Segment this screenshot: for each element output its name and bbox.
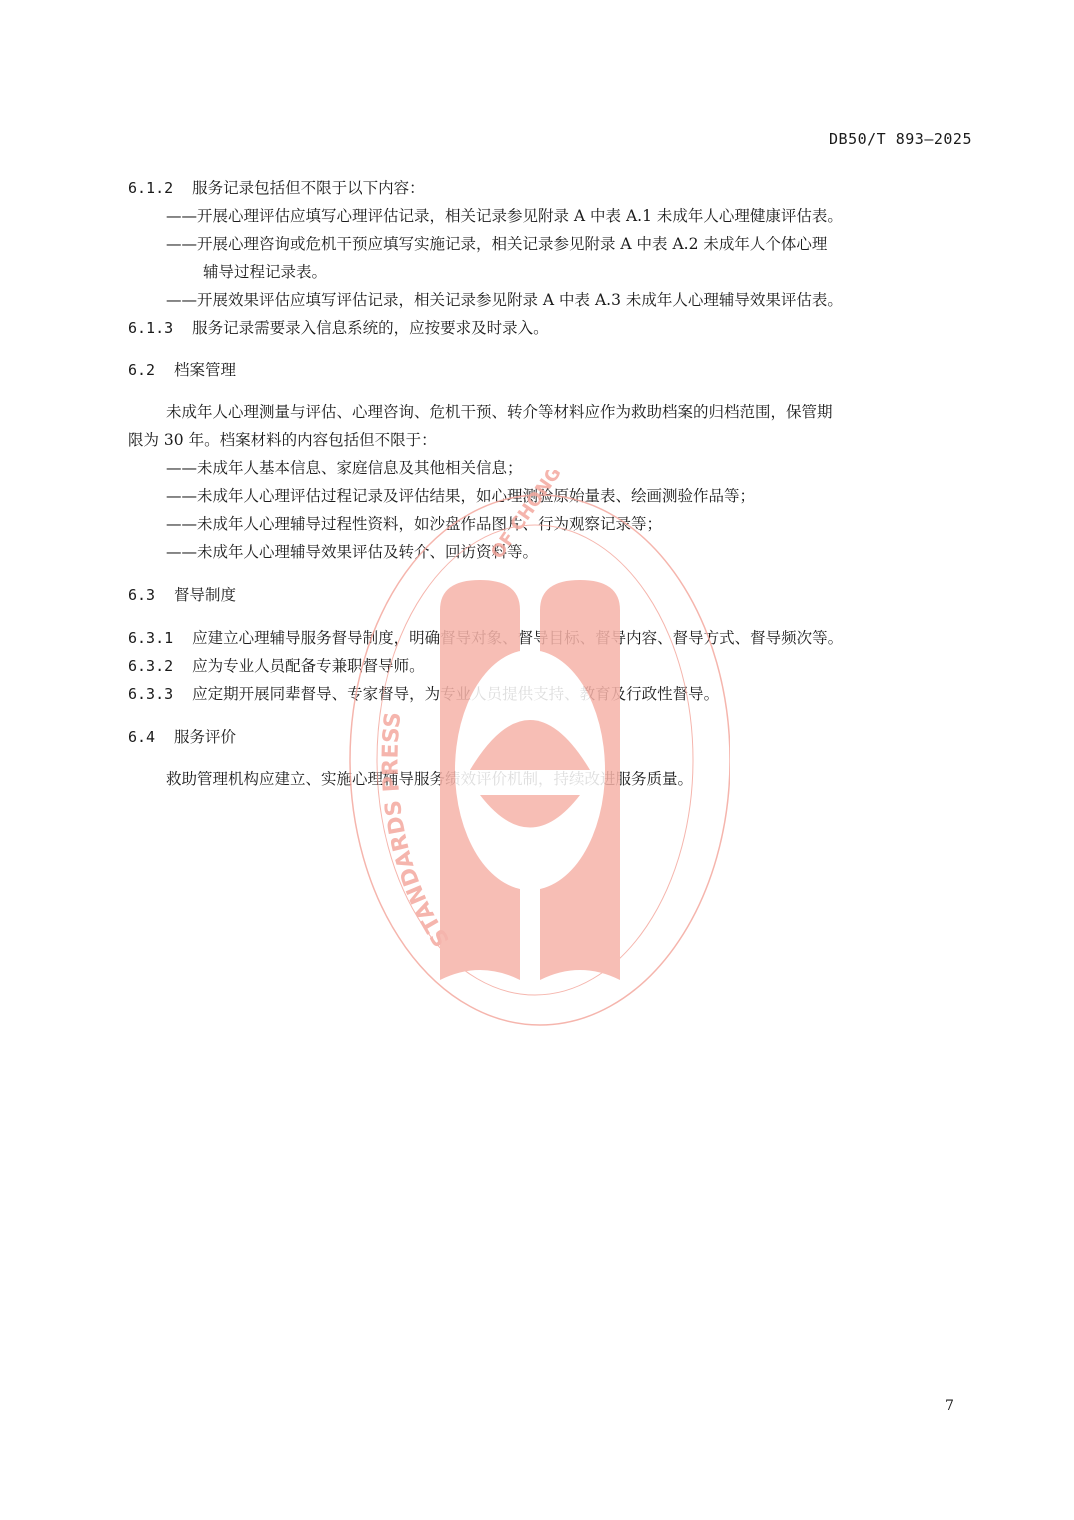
svg-text:STANDARDS PRESS: STANDARDS PRESS [378,711,455,951]
page-number: 7 [945,1398,954,1414]
clause-text: 应为专业人员配备专兼职督导师。 [192,657,425,675]
section-number: 6.2 [128,359,155,381]
section-title: 档案管理 [174,361,236,379]
clause-6-1-3: 6.1.3 服务记录需要录入信息系统的，应按要求及时录入。 [128,317,549,339]
list-item: ——未成年人基本信息、家庭信息及其他相关信息； [166,457,523,479]
section-number: 6.4 [128,726,155,748]
list-item: ——未成年人心理评估过程记录及评估结果，如心理测验原始量表、绘画测验作品等； [166,485,755,507]
clause-number: 6.1.2 [128,177,173,199]
section-title: 督导制度 [174,586,236,604]
clause-6-3-1: 6.3.1 应建立心理辅导服务督导制度，明确督导对象、督导目标、督导内容、督导方… [128,627,843,649]
list-item: ——开展心理咨询或危机干预应填写实施记录，相关记录参见附录 A 中表 A.2 未… [166,233,827,255]
list-item: ——开展效果评估应填写评估记录，相关记录参见附录 A 中表 A.3 未成年人心理… [166,289,843,311]
paragraph-continuation: 限为 30 年。档案材料的内容包括但不限于： [128,429,437,451]
clause-number: 6.3.1 [128,627,173,649]
clause-text: 应建立心理辅导服务督导制度，明确督导对象、督导目标、督导内容、督导方式、督导频次… [192,629,843,647]
clause-6-1-2: 6.1.2 服务记录包括但不限于以下内容： [128,177,425,199]
clause-text: 服务记录包括但不限于以下内容： [192,179,425,197]
clause-number: 6.3.2 [128,655,173,677]
section-number: 6.3 [128,584,155,606]
paragraph: 救助管理机构应建立、实施心理辅导服务绩效评价机制，持续改进服务质量。 [166,768,693,790]
list-item: ——未成年人心理辅导效果评估及转介、回访资料等。 [166,541,538,563]
paragraph: 未成年人心理测量与评估、心理咨询、危机干预、转介等材料应作为救助档案的归档范围，… [166,401,833,423]
clause-text: 应定期开展同辈督导、专家督导，为专业人员提供支持、教育及行政性督导。 [192,685,719,703]
section-heading-6-4: 6.4 服务评价 [128,726,236,748]
list-item: ——开展心理评估应填写心理评估记录，相关记录参见附录 A 中表 A.1 未成年人… [166,205,843,227]
list-item: ——未成年人心理辅导过程性资料，如沙盘作品图片、行为观察记录等； [166,513,662,535]
clause-number: 6.3.3 [128,683,173,705]
clause-number: 6.1.3 [128,317,173,339]
standard-code: DB50/T 893—2025 [829,130,972,148]
list-item-continuation: 辅导过程记录表。 [203,261,327,283]
section-heading-6-2: 6.2 档案管理 [128,359,236,381]
section-heading-6-3: 6.3 督导制度 [128,584,236,606]
clause-text: 服务记录需要录入信息系统的，应按要求及时录入。 [192,319,549,337]
clause-6-3-3: 6.3.3 应定期开展同辈督导、专家督导，为专业人员提供支持、教育及行政性督导。 [128,683,719,705]
clause-6-3-2: 6.3.2 应为专业人员配备专兼职督导师。 [128,655,425,677]
section-title: 服务评价 [174,728,236,746]
